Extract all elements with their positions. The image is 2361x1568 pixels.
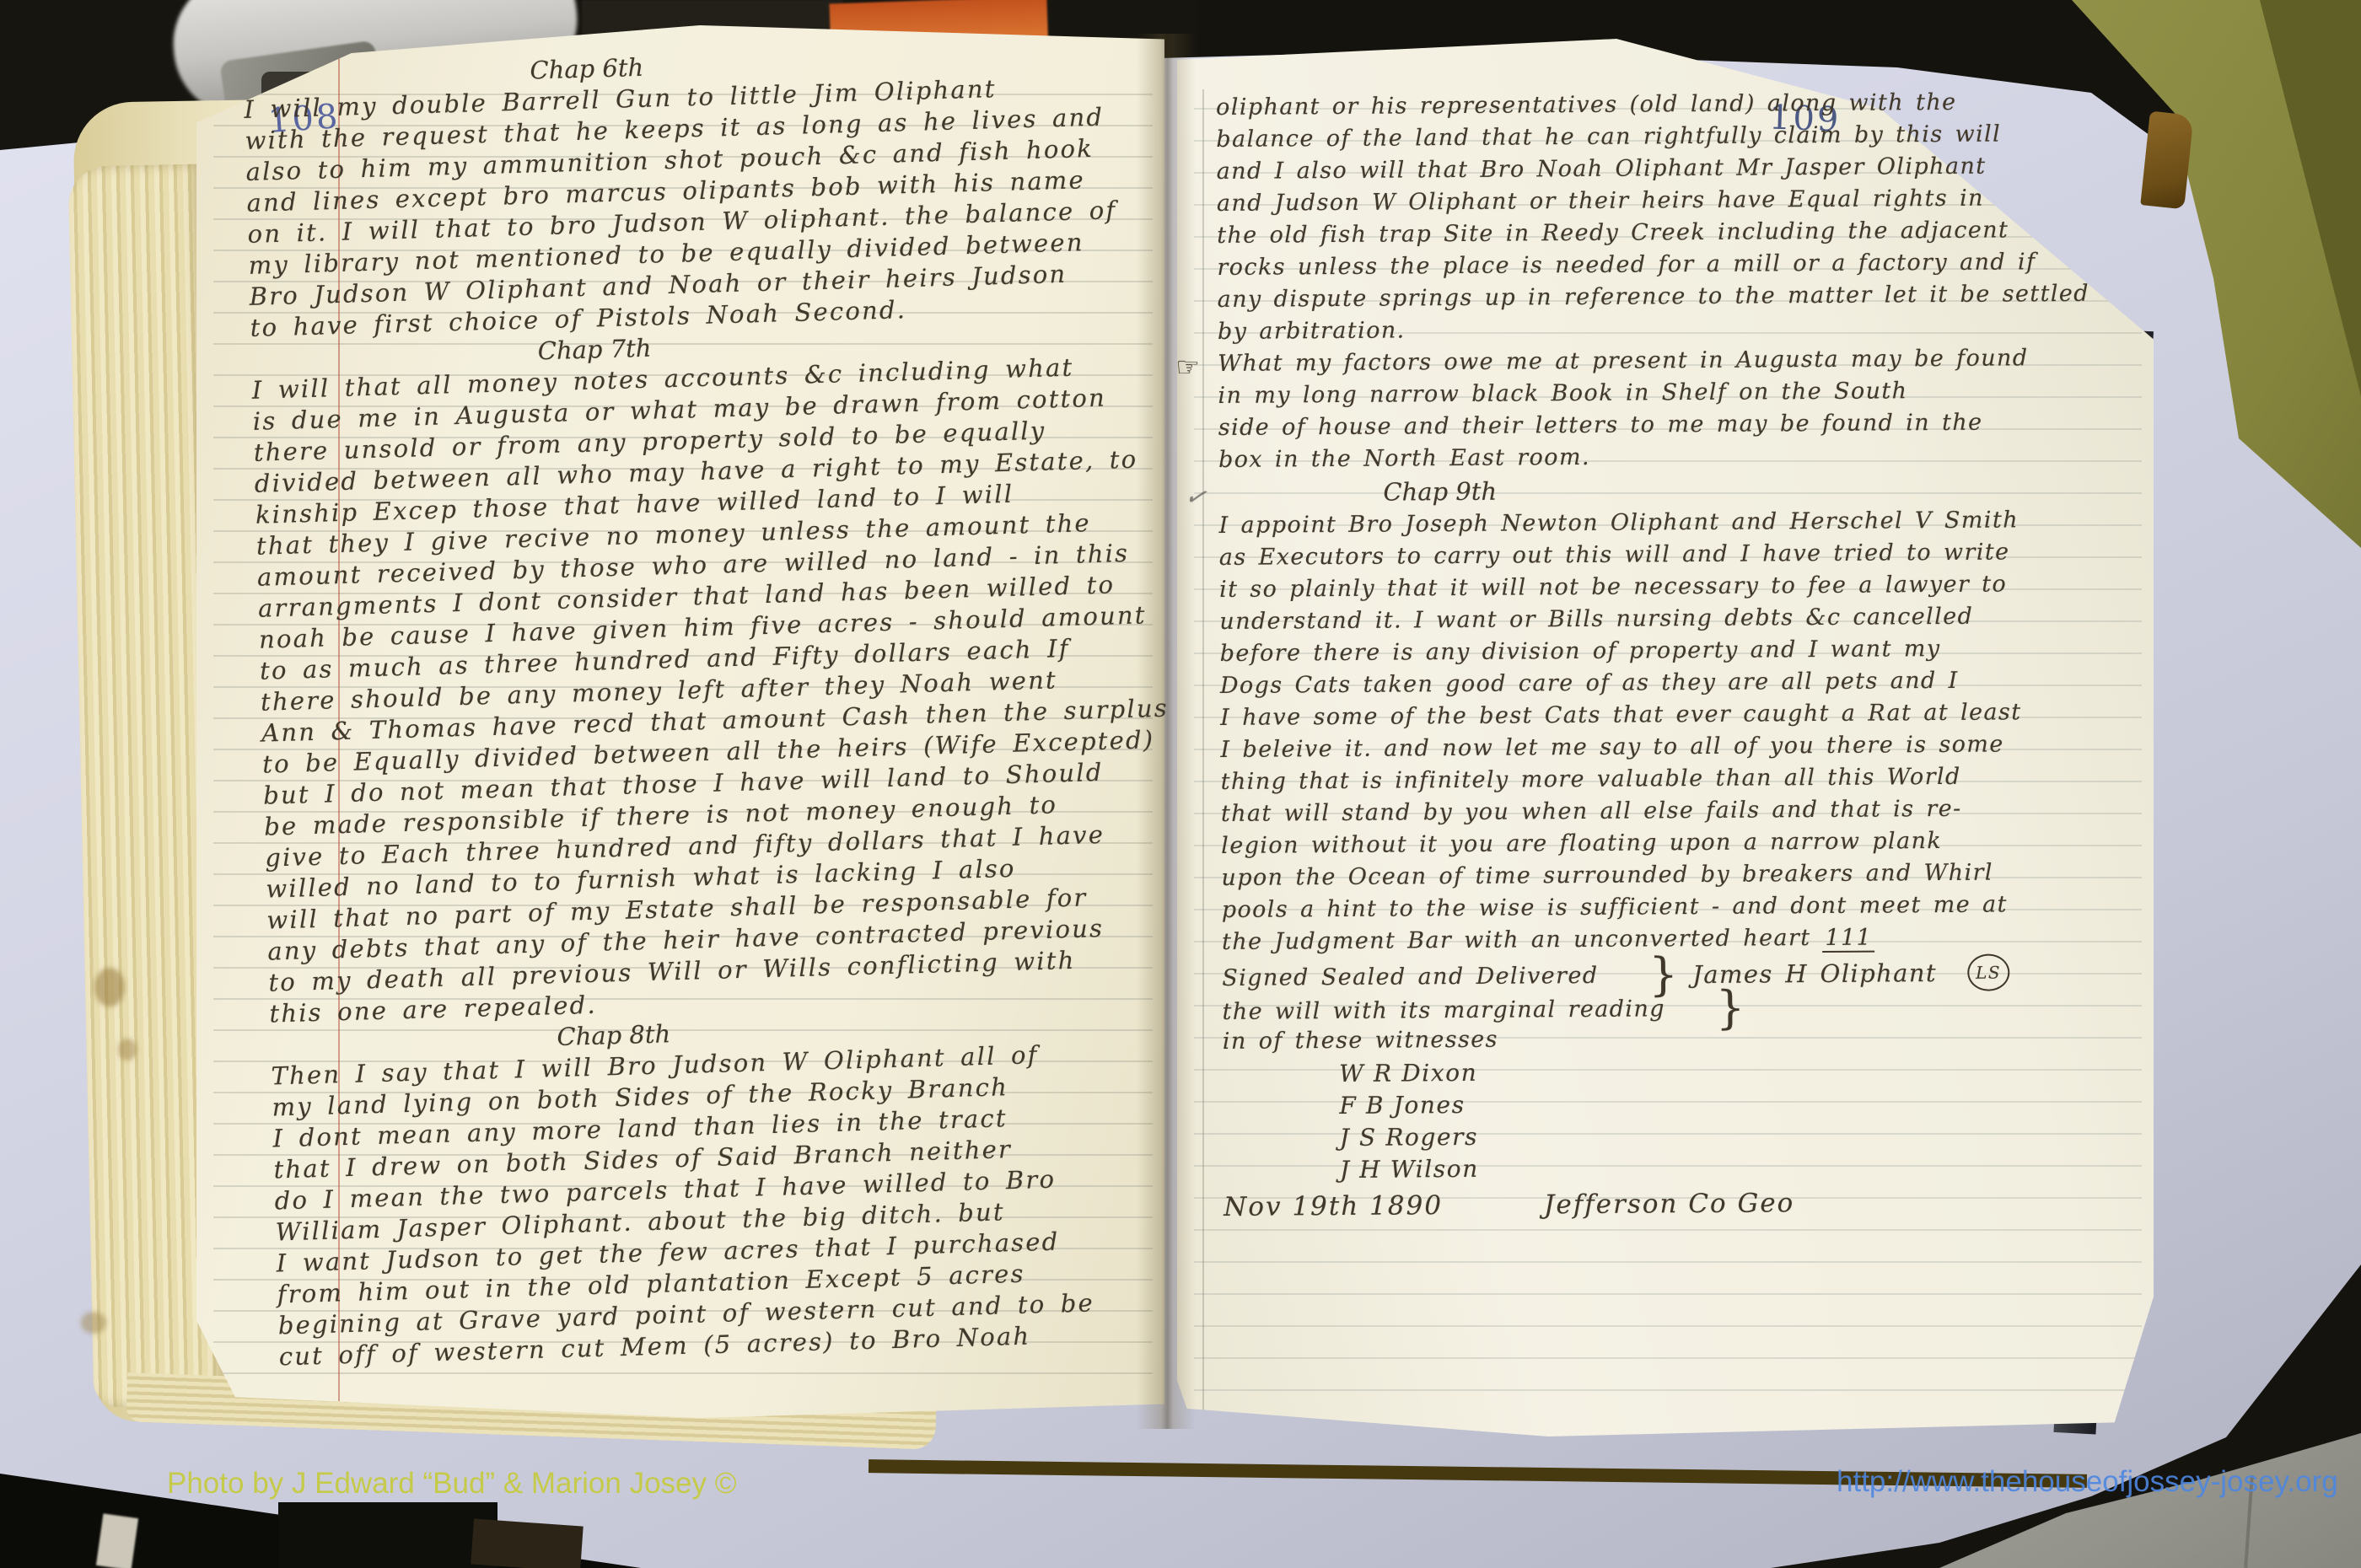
chapter-7-lines: I will that all money notes accounts &c … (251, 351, 1175, 1031)
gray-margin-line (1202, 89, 1204, 1411)
signed-sealed-text: Signed Sealed and Delivered (1222, 962, 1598, 991)
chapter-6-lines: I will my double Barrell Gun to little J… (244, 70, 1157, 345)
page-stain (118, 1039, 137, 1061)
continuation-lines: oliphant or his representatives (old lan… (1216, 89, 2107, 351)
brace-glyph: } (1648, 958, 1679, 991)
watermark-website-url: http://www.thehouseofjossey-josey.org (1837, 1465, 2338, 1499)
page-stain (81, 1312, 106, 1334)
underlined-111-mark: 111 (1822, 925, 1874, 953)
watermark-photo-credit: Photo by J Edward “Bud” & Marion Josey © (167, 1467, 737, 1501)
under-table-object-box (278, 1502, 497, 1568)
chapter-8-lines: Then I say that I will Bro Judson W Olip… (271, 1037, 1186, 1374)
factors-paragraph: ☞ What my factors owe me at present in A… (1218, 345, 2108, 479)
page-stain (94, 968, 125, 1007)
chapter-9-lines: I appoint Bro Joseph Newton Oliphant and… (1218, 507, 2111, 929)
factors-lines: What my factors owe me at present in Aug… (1218, 345, 2108, 479)
chapter-9-heading-row: ✓ Chap 9th (1218, 473, 2108, 513)
chapter-heading: Chap 9th (1218, 473, 2108, 513)
right-page-manuscript: oliphant or his representatives (old lan… (1216, 89, 2113, 1229)
under-table-object-brown (471, 1519, 583, 1568)
witness-name: J H Wilson (1340, 1151, 2113, 1188)
date-line: Nov 19th 1890 Jefferson Co Geo (1224, 1186, 2113, 1229)
left-page-manuscript: Chap 6th I will my double Barrell Gun to… (243, 39, 1186, 1373)
judgment-text: the Judgment Bar with an unconverted hea… (1222, 925, 1811, 955)
witness-name: W R Dixon (1339, 1055, 2112, 1092)
seal-ls-badge: LS (1967, 953, 2009, 991)
signed-row-1: Signed Sealed and Delivered } James H Ol… (1222, 955, 2111, 995)
witness-list: W R DixonF B JonesJ S RogersJ H Wilson (1223, 1055, 2113, 1189)
place-text: Jefferson Co Geo (1544, 1188, 1795, 1227)
date-text: Nov 19th 1890 (1224, 1190, 1443, 1229)
pointing-hand-icon: ☞ (1175, 351, 1200, 383)
under-table-object-white (96, 1513, 138, 1568)
brace-glyph: } (1716, 991, 1746, 1025)
witness-name: J S Rogers (1340, 1119, 2113, 1156)
photo-scene: 108 109 Chap 6th I will my double Barrel… (0, 0, 2361, 1568)
witness-name: F B Jones (1339, 1087, 2112, 1124)
marginal-reading-text: the will with its marginal reading (1222, 996, 1665, 1025)
